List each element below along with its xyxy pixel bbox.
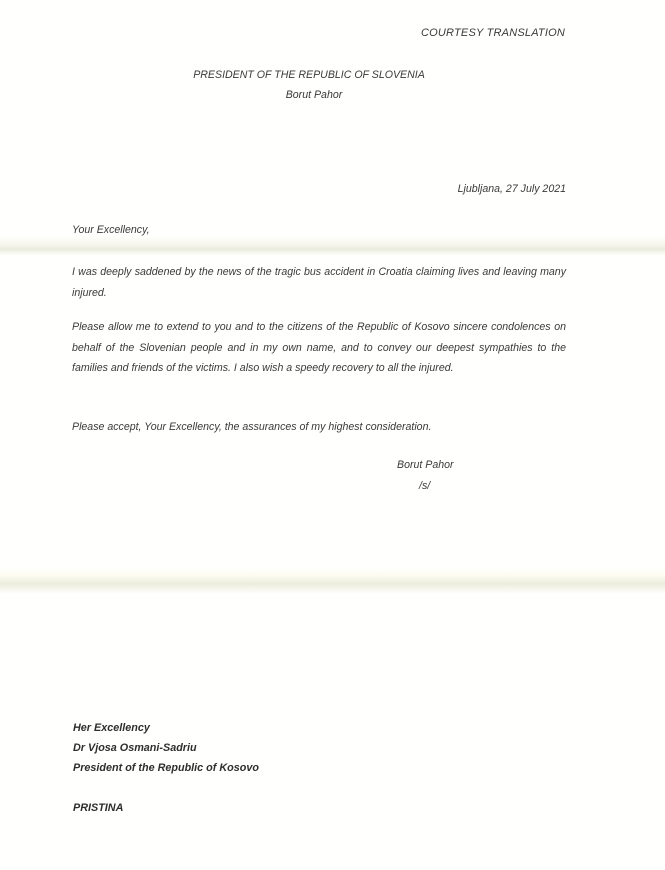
signature-name: Borut Pahor (397, 459, 454, 471)
body-paragraph: Please allow me to extend to you and to … (72, 317, 566, 379)
closing-paragraph: Please accept, Your Excellency, the assu… (72, 417, 566, 438)
place-date: Ljubljana, 27 July 2021 (458, 183, 566, 195)
body-paragraph: I was deeply saddened by the news of the… (72, 262, 566, 303)
recipient-title: President of the Republic of Kosovo (73, 762, 259, 774)
recipient-name: Dr Vjosa Osmani-Sadriu (73, 742, 197, 754)
letter-page: COURTESY TRANSLATION PRESIDENT OF THE RE… (0, 0, 665, 870)
paper-fold-shadow (0, 236, 665, 258)
salutation: Your Excellency, (72, 224, 150, 236)
letterhead-title: PRESIDENT OF THE REPUBLIC OF SLOVENIA (0, 69, 618, 81)
recipient-city: PRISTINA (73, 802, 123, 814)
courtesy-translation-label: COURTESY TRANSLATION (421, 27, 565, 39)
paper-fold-shadow (0, 568, 665, 594)
letterhead-name: Borut Pahor (0, 89, 628, 101)
recipient-honorific: Her Excellency (73, 722, 150, 734)
signature-mark: /s/ (419, 480, 430, 492)
